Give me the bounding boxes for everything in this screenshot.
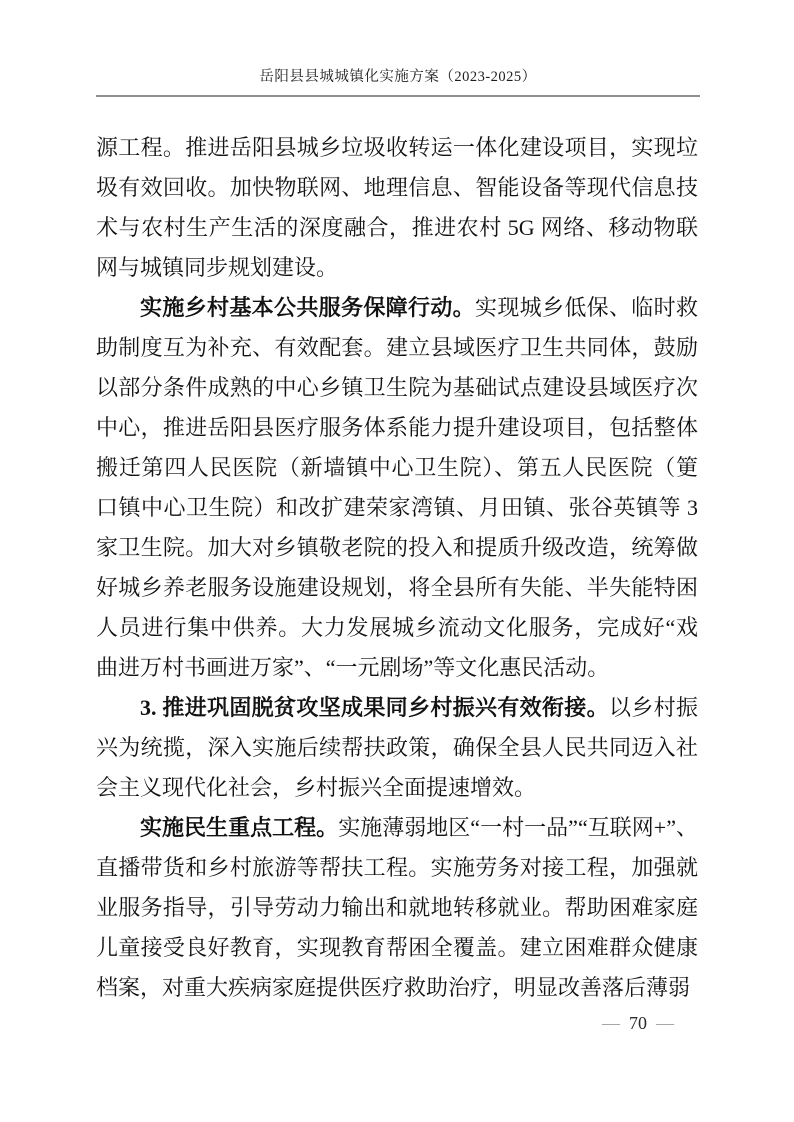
page-number-dash-right: —: [656, 1013, 674, 1033]
header-title: 岳阳县县城城镇化实施方案（2023-2025）: [259, 69, 536, 85]
paragraph-text: 实施薄弱地区“一村一品”“互联网+”、直播带货和乡村旅游等帮扶工程。实施劳务对接…: [96, 815, 698, 1000]
page-number-dash-left: —: [602, 1013, 620, 1033]
paragraph-text: 实现城乡低保、临时救助制度互为补充、有效配套。建立县域医疗卫生共同体，鼓励以部分…: [96, 295, 698, 680]
paragraph-lead: 实施民生重点工程。: [140, 815, 338, 840]
paragraph-text: 源工程。推进岳阳县城乡垃圾收转运一体化建设项目，实现垃圾有效回收。加快物联网、地…: [96, 135, 698, 280]
paragraph-lead: 实施乡村基本公共服务保障行动。: [140, 295, 475, 320]
paragraph-lead: 3. 推进巩固脱贫攻坚成果同乡村振兴有效衔接。: [140, 695, 609, 720]
body-paragraph: 实施乡村基本公共服务保障行动。实现城乡低保、临时救助制度互为补充、有效配套。建立…: [96, 288, 698, 688]
document-page: 岳阳县县城城镇化实施方案（2023-2025） 源工程。推进岳阳县城乡垃圾收转运…: [0, 0, 794, 1122]
body-paragraph: 3. 推进巩固脱贫攻坚成果同乡村振兴有效衔接。以乡村振兴为统揽，深入实施后续帮扶…: [96, 688, 698, 808]
document-body: 源工程。推进岳阳县城乡垃圾收转运一体化建设项目，实现垃圾有效回收。加快物联网、地…: [96, 128, 698, 1008]
page-header: 岳阳县县城城镇化实施方案（2023-2025）: [96, 66, 700, 97]
page-number: —70—: [602, 1012, 674, 1034]
body-paragraph: 实施民生重点工程。实施薄弱地区“一村一品”“互联网+”、直播带货和乡村旅游等帮扶…: [96, 808, 698, 1008]
page-number-value: 70: [629, 1013, 647, 1033]
body-paragraph: 源工程。推进岳阳县城乡垃圾收转运一体化建设项目，实现垃圾有效回收。加快物联网、地…: [96, 128, 698, 288]
